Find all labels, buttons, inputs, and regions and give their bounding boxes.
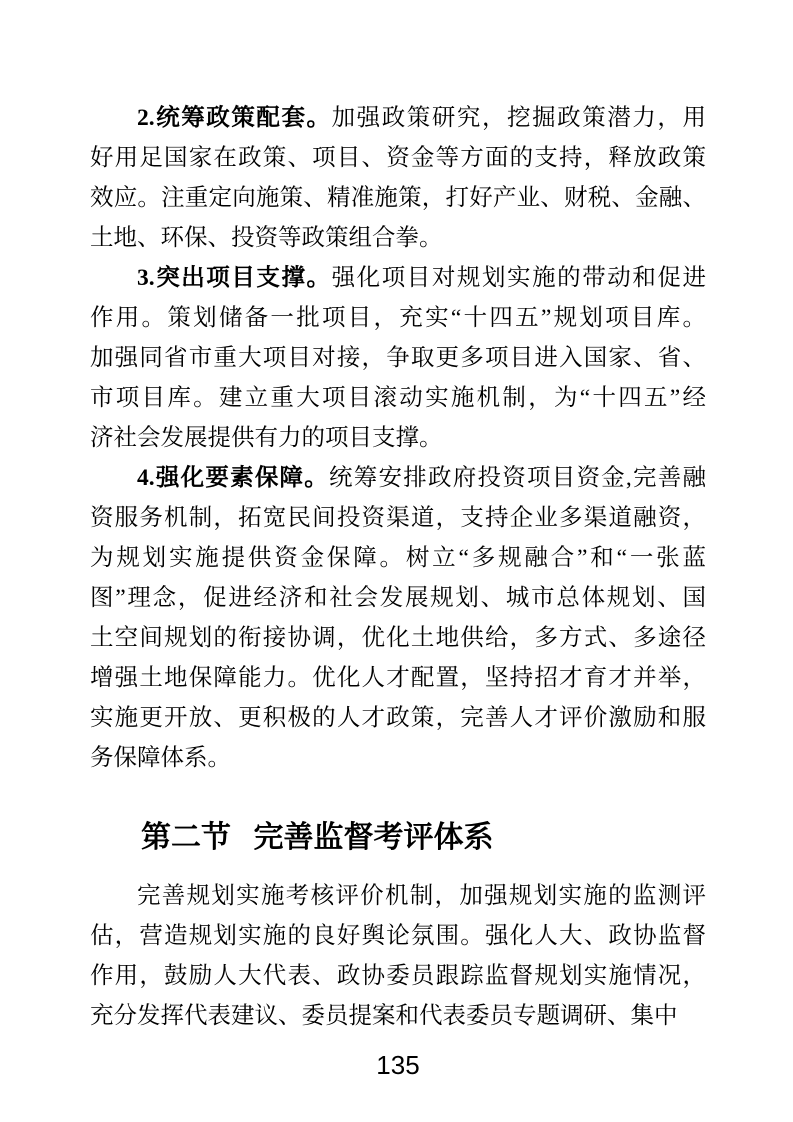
text-line: 图”理念，促进经济和社会发展规划、城市总体规划、国 bbox=[90, 578, 706, 618]
body-text: 加强政策研究，挖掘政策潜力，用 bbox=[332, 105, 706, 131]
paragraph: 完善规划实施考核评价机制，加强规划实施的监测评估，营造规划实施的良好舆论氛围。强… bbox=[90, 876, 706, 1036]
body-text: 图”理念，促进经济和社会发展规划、城市总体规划、国 bbox=[90, 585, 706, 611]
text-line: 加强同省市重大项目对接，争取更多项目进入国家、省、 bbox=[90, 338, 706, 378]
text-column: 2.统筹政策配套。加强政策研究，挖掘政策潜力，用好用足国家在政策、项目、资金等方… bbox=[90, 98, 706, 1036]
body-text: 完善规划实施考核评价机制，加强规划实施的监测评 bbox=[137, 883, 706, 909]
paragraph: 3.突出项目支撑。强化项目对规划实施的带动和促进作用。策划储备一批项目，充实“十… bbox=[90, 258, 706, 458]
text-line: 作用，鼓励人大代表、政协委员跟踪监督规划实施情况， bbox=[90, 956, 706, 996]
paragraph: 2.统筹政策配套。加强政策研究，挖掘政策潜力，用好用足国家在政策、项目、资金等方… bbox=[90, 98, 706, 258]
bold-lead-text: 3.突出项目支撑。 bbox=[137, 265, 332, 291]
body-text: 济社会发展提供有力的项目支撑。 bbox=[90, 425, 443, 451]
section-title: 完善监督考评体系 bbox=[254, 821, 494, 854]
body-text: 强化项目对规划实施的带动和促进 bbox=[332, 265, 706, 291]
text-line: 实施更开放、更积极的人才政策，完善人才评价激励和服 bbox=[90, 698, 706, 738]
text-line: 4.强化要素保障。统筹安排政府投资项目资金,完善融 bbox=[90, 458, 706, 498]
text-line: 2.统筹政策配套。加强政策研究，挖掘政策潜力，用 bbox=[90, 98, 706, 138]
text-line: 3.突出项目支撑。强化项目对规划实施的带动和促进 bbox=[90, 258, 706, 298]
body-text: 土空间规划的衔接协调，优化土地供给，多方式、多途径 bbox=[90, 625, 706, 651]
text-line: 作用。策划储备一批项目，充实“十四五”规划项目库。 bbox=[90, 298, 706, 338]
bold-lead-text: 4.强化要素保障。 bbox=[137, 465, 329, 491]
section-number: 第二节 bbox=[141, 821, 231, 854]
body-text: 统筹安排政府投资项目资金,完善融 bbox=[329, 465, 706, 491]
body-text: 实施更开放、更积极的人才政策，完善人才评价激励和服 bbox=[90, 705, 706, 731]
body-text: 务保障体系。 bbox=[90, 745, 231, 771]
paragraph: 4.强化要素保障。统筹安排政府投资项目资金,完善融资服务机制，拓宽民间投资渠道，… bbox=[90, 458, 706, 778]
body-text: 估，营造规划实施的良好舆论氛围。强化人大、政协监督 bbox=[90, 923, 706, 949]
page-number: 135 bbox=[376, 1050, 419, 1080]
body-text: 加强同省市重大项目对接，争取更多项目进入国家、省、 bbox=[90, 345, 706, 371]
body-text: 为规划实施提供资金保障。树立“多规融合”和“一张蓝 bbox=[90, 545, 706, 571]
bold-lead-text: 2.统筹政策配套。 bbox=[137, 105, 332, 131]
text-line: 土空间规划的衔接协调，优化土地供给，多方式、多途径 bbox=[90, 618, 706, 658]
body-text: 增强土地保障能力。优化人才配置，坚持招才育才并举， bbox=[90, 665, 706, 691]
section-heading: 第二节完善监督考评体系 bbox=[90, 816, 706, 860]
text-line: 估，营造规划实施的良好舆论氛围。强化人大、政协监督 bbox=[90, 916, 706, 956]
text-line: 市项目库。建立重大项目滚动实施机制，为“十四五”经 bbox=[90, 378, 706, 418]
text-line: 完善规划实施考核评价机制，加强规划实施的监测评 bbox=[90, 876, 706, 916]
body-text: 作用。策划储备一批项目，充实“十四五”规划项目库。 bbox=[90, 305, 706, 331]
body-text: 市项目库。建立重大项目滚动实施机制，为“十四五”经 bbox=[90, 385, 706, 411]
document-page: 2.统筹政策配套。加强政策研究，挖掘政策潜力，用好用足国家在政策、项目、资金等方… bbox=[0, 0, 793, 1122]
text-line: 资服务机制，拓宽民间投资渠道，支持企业多渠道融资， bbox=[90, 498, 706, 538]
body-text: 土地、环保、投资等政策组合拳。 bbox=[90, 225, 443, 251]
body-text: 效应。注重定向施策、精准施策，打好产业、财税、金融、 bbox=[90, 185, 706, 211]
text-line: 济社会发展提供有力的项目支撑。 bbox=[90, 418, 706, 458]
body-text: 作用，鼓励人大代表、政协委员跟踪监督规划实施情况， bbox=[90, 963, 706, 989]
text-line: 为规划实施提供资金保障。树立“多规融合”和“一张蓝 bbox=[90, 538, 706, 578]
body-text: 资服务机制，拓宽民间投资渠道，支持企业多渠道融资， bbox=[90, 505, 706, 531]
text-line: 效应。注重定向施策、精准施策，打好产业、财税、金融、 bbox=[90, 178, 706, 218]
text-line: 务保障体系。 bbox=[90, 738, 706, 778]
text-line: 好用足国家在政策、项目、资金等方面的支持，释放政策 bbox=[90, 138, 706, 178]
text-line: 充分发挥代表建议、委员提案和代表委员专题调研、集中 bbox=[90, 996, 706, 1036]
text-line: 增强土地保障能力。优化人才配置，坚持招才育才并举， bbox=[90, 658, 706, 698]
page-footer: 135 bbox=[90, 1050, 706, 1080]
text-line: 土地、环保、投资等政策组合拳。 bbox=[90, 218, 706, 258]
body-text: 充分发挥代表建议、委员提案和代表委员专题调研、集中 bbox=[90, 1003, 678, 1029]
body-text: 好用足国家在政策、项目、资金等方面的支持，释放政策 bbox=[90, 145, 706, 171]
